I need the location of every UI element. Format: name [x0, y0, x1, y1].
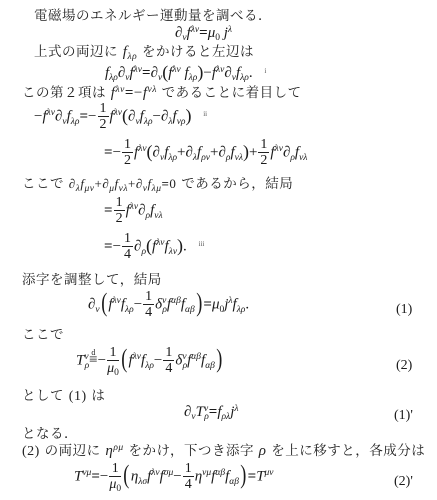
text-second-term-part2: であることに着目して [162, 85, 302, 101]
marker-iii: iii [199, 240, 205, 248]
text-multiply-part1: 上式の両辺に [34, 44, 118, 60]
text-final-part3: を上に移すと，各成分は [271, 443, 425, 459]
text-final-part2: をかけ，下つき添字 [129, 443, 254, 459]
text-final-part1: の両辺に [45, 443, 101, 459]
equation-ii-line2: =−12fλν(∂νfλρ+∂λfρν+∂ρfνλ)+12fλν∂ρfνλ [104, 138, 307, 168]
text-becomes: となる． [22, 426, 78, 442]
marker-ii: ii [203, 110, 207, 118]
equation-number-1-prime: (1)' [394, 408, 413, 424]
equation-2-prime: Tνμ=−1μ0(ηλσfλνfσμ−14ηνμfαβfαβ)=Tμν [74, 462, 274, 492]
equation-number-2: (2) [396, 358, 412, 374]
equation-i: fλρ∂νfλν=∂ν(fλν fλρ)−fλν∂νfλρ. i [105, 64, 266, 83]
text-as-part2: は [91, 388, 105, 404]
text-here: ここで [22, 327, 64, 343]
text-multiply-part2: をかけると左辺は [142, 44, 254, 60]
text-as-ref: (1) [69, 389, 87, 404]
equation-result-half: =12fλν∂ρfνλ [104, 196, 163, 226]
equation-ii-line1: −fλν∂νfλρ=−12fλν(∂νfλρ−∂λfνρ) ii [34, 102, 207, 132]
text-as: として (1) は [22, 388, 105, 405]
equation-number-2-prime: (2)' [394, 474, 413, 490]
equation-1-prime: ∂νTνρ=fρλjλ [184, 404, 238, 420]
equation-2: Tνρd≡−1μ0(fλνfλρ−14δνρfαβfαβ) [76, 346, 224, 376]
equation-iii: =−14∂ρ(fλνfλν). iii [104, 232, 204, 262]
intro-text: 電磁場のエネルギー運動量を調べる． [34, 8, 272, 24]
text-multiply: 上式の両辺に fλρ をかけると左辺は [34, 44, 254, 60]
text-final: (2) の両辺に ηρμ をかけ，下つき添字 ρ を上に移すと，各成分は [22, 443, 425, 460]
marker-i: i [264, 67, 266, 75]
text-second-term: この第２項は fλν=−fνλ であることに着目して [22, 85, 302, 101]
equation-number-1: (1) [396, 302, 412, 318]
text-since: ここで ∂λfμν+∂μfνλ+∂νfλμ=0 であるから，結局 [22, 176, 293, 192]
equation-1: ∂ν(fλνfλρ−14δνρfαβfαβ)=μ0jλfλρ. [88, 290, 249, 320]
text-second-term-part1: この第２項は [22, 85, 106, 101]
text-adjust: 添字を調整して，結局 [22, 272, 162, 288]
text-since-part2: であるから，結局 [181, 176, 293, 192]
text-as-part1: として [22, 388, 64, 404]
text-final-ref: (2) [22, 444, 40, 459]
definition-symbol: d≡ [89, 352, 97, 368]
text-since-part1: ここで [22, 176, 64, 192]
equation-maxwell: ∂νfλν=μ0 jλ [175, 25, 232, 41]
